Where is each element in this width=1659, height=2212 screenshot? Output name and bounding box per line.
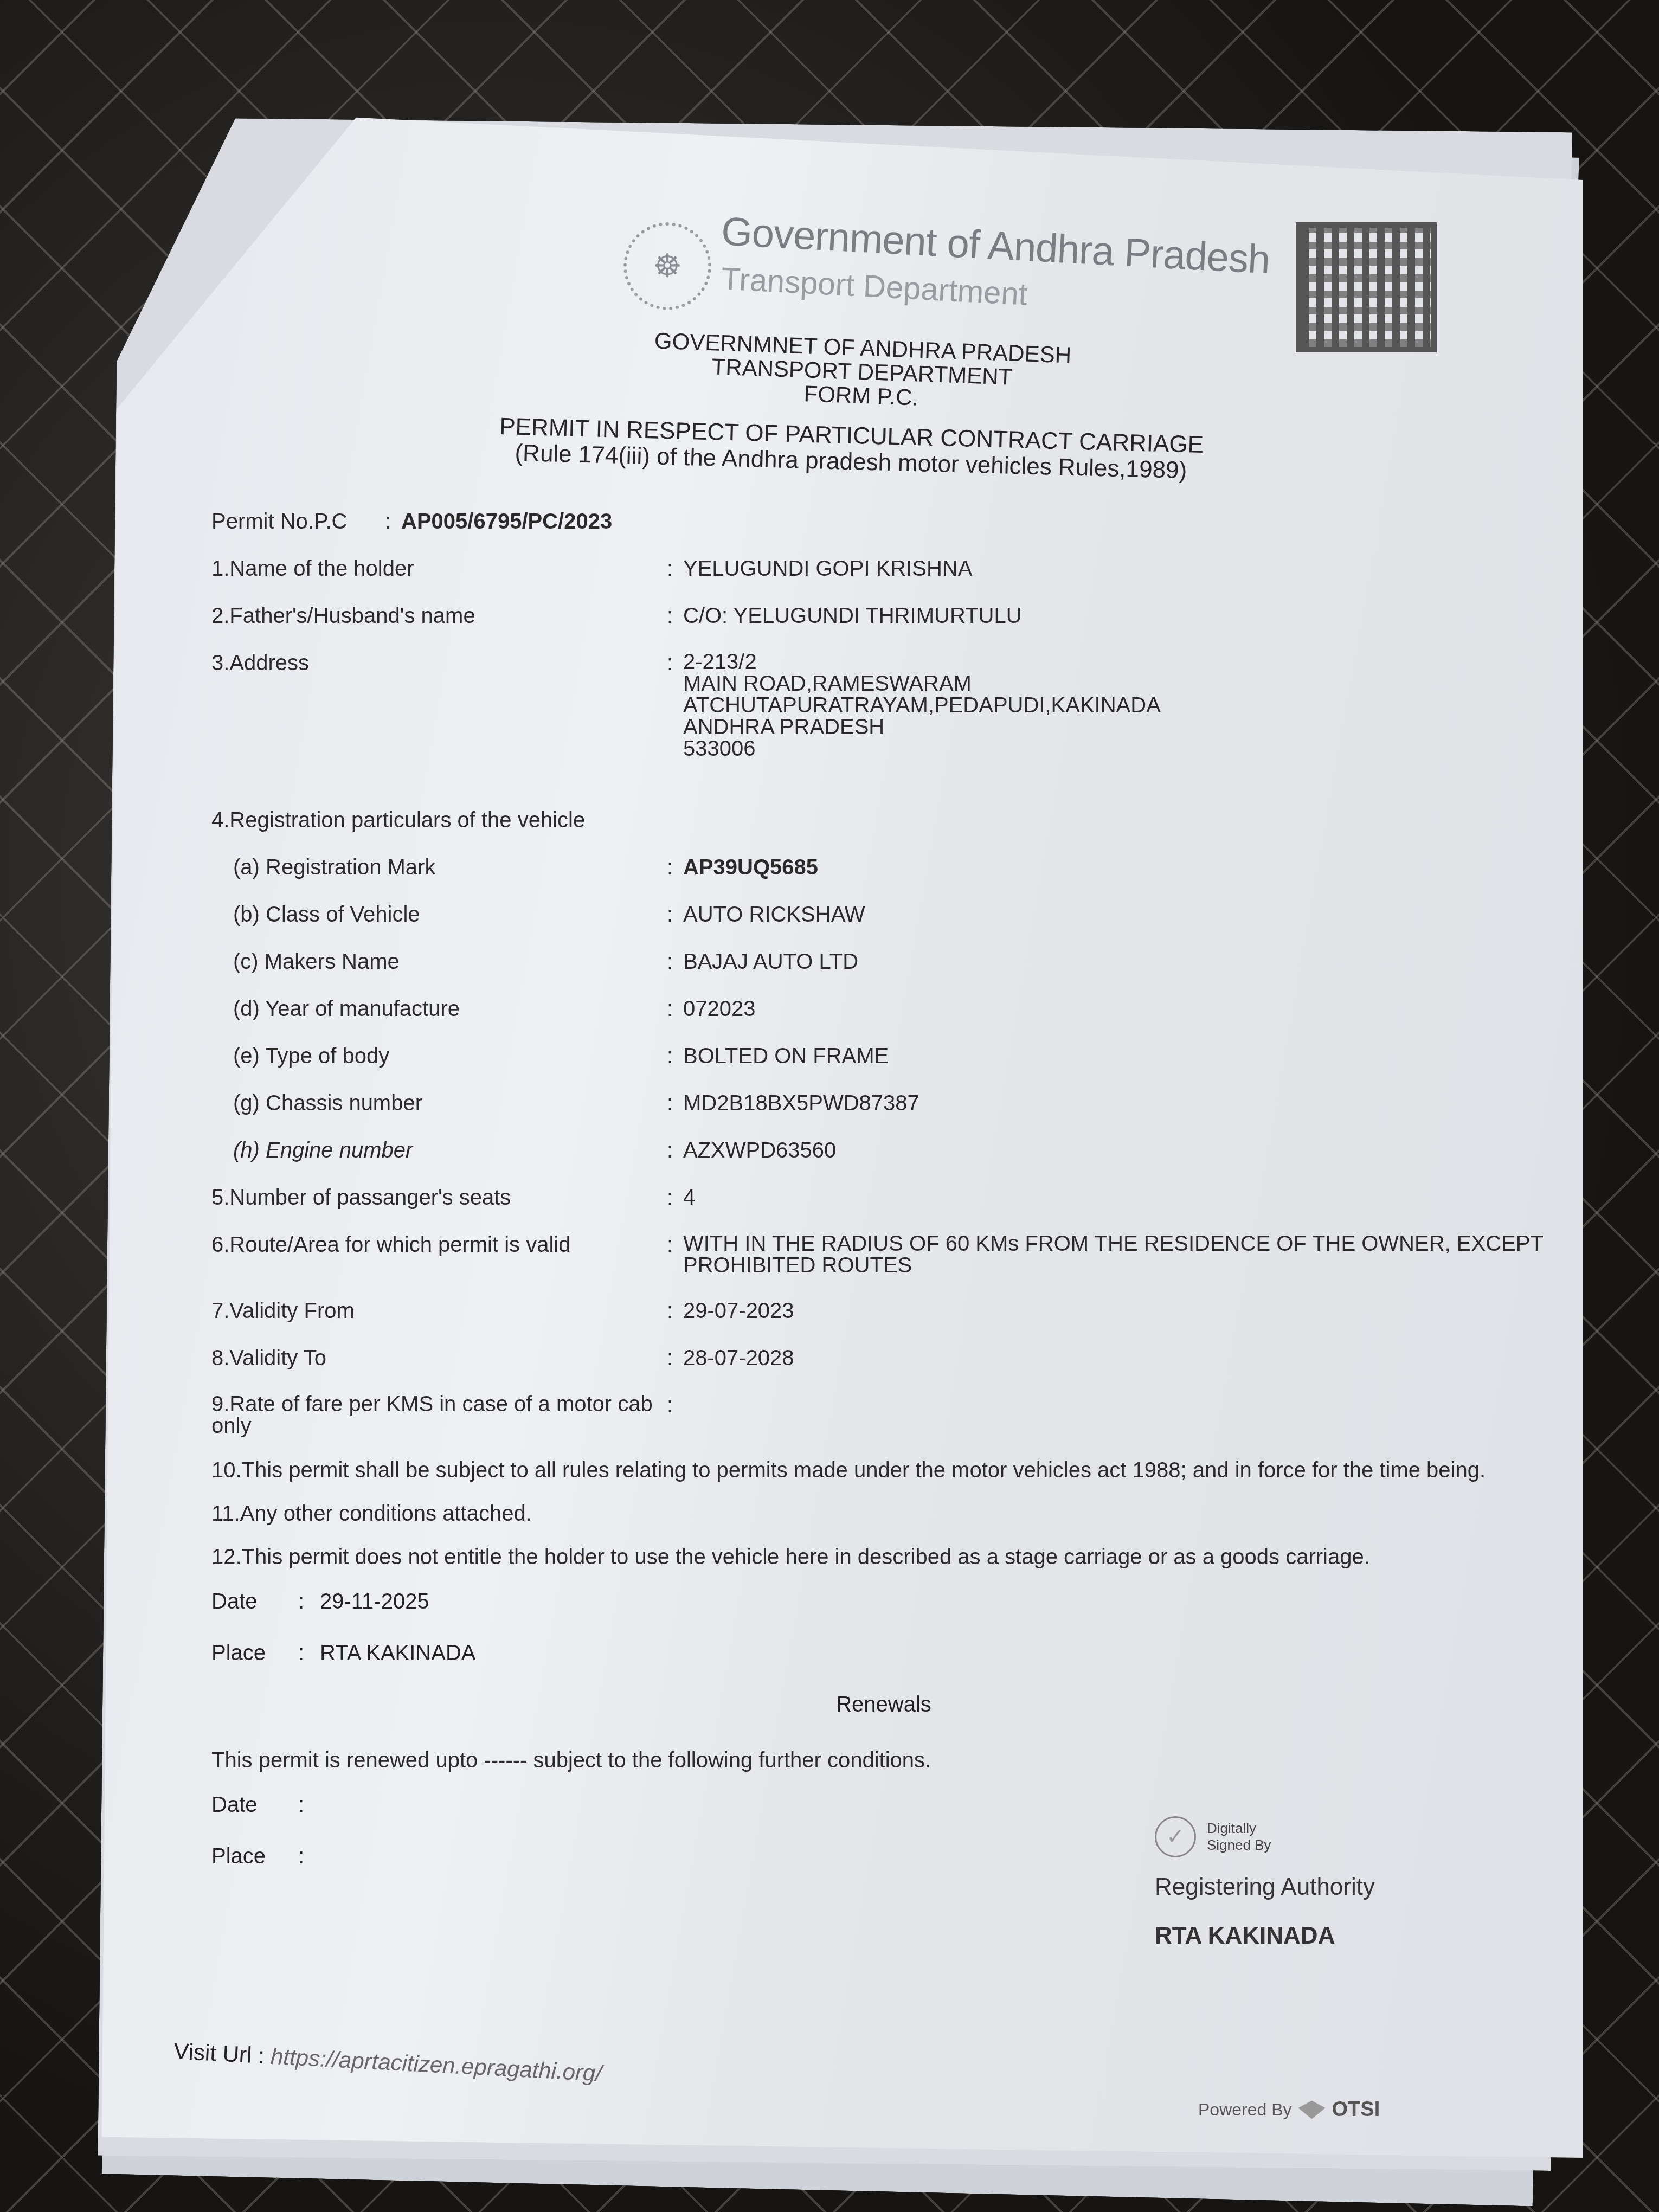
valid-to-value: 28-07-2028 [683, 1346, 1556, 1371]
issue-place-value: RTA KAKINADA [320, 1641, 476, 1666]
signature-check-icon: ✓ [1155, 1816, 1196, 1857]
fare-label: 9.Rate of fare per KMS in case of a moto… [211, 1393, 667, 1437]
colon: : [298, 1844, 320, 1869]
address-label: 3.Address [211, 651, 667, 760]
chassis-value: MD2B18BX5PWD87387 [683, 1091, 1556, 1116]
valid-from-value: 29-07-2023 [683, 1299, 1556, 1323]
engine-row: (h) Engine number : AZXWPD63560 [211, 1139, 1556, 1163]
colon: : [667, 856, 683, 880]
colon: : [667, 1044, 683, 1069]
engine-value: AZXWPD63560 [683, 1139, 1556, 1163]
clause-10: 10.This permit shall be subject to all r… [211, 1459, 1556, 1481]
year-value: 072023 [683, 997, 1556, 1021]
body-value: BOLTED ON FRAME [683, 1044, 1556, 1069]
address-value: 2-213/2 MAIN ROAD,RAMESWARAM ATCHUTAPURA… [683, 651, 1556, 760]
holder-value: YELUGUNDI GOPI KRISHNA [683, 557, 1556, 581]
vehicle-class-value: AUTO RICKSHAW [683, 903, 1556, 927]
colon: : [667, 1233, 683, 1276]
renewal-date-label: Date [211, 1793, 298, 1817]
route-row: 6.Route/Area for which permit is valid :… [211, 1233, 1556, 1276]
issue-place-row: Place : RTA KAKINADA [211, 1641, 1556, 1666]
signature-block: ✓ Digitally Signed By Registering Author… [1155, 1816, 1480, 1950]
colon: : [667, 604, 683, 628]
chassis-row: (g) Chassis number : MD2B18BX5PWD87387 [211, 1091, 1556, 1116]
powered-by: Powered By OTSI [1198, 2098, 1380, 2121]
engine-label: (h) Engine number [211, 1139, 667, 1163]
renewals-heading: Renewals [211, 1693, 1556, 1717]
fare-row: 9.Rate of fare per KMS in case of a moto… [211, 1393, 1556, 1437]
colon: : [667, 651, 683, 760]
colon: : [298, 1793, 320, 1817]
renewal-date-row: Date : [211, 1793, 1556, 1817]
gov-subtitle: Transport Department [721, 260, 1028, 312]
holder-label: 1.Name of the holder [211, 557, 667, 581]
digitally-line-1: Digitally [1207, 1820, 1271, 1837]
issue-date-row: Date : 29-11-2025 [211, 1590, 1556, 1614]
vehicle-class-row: (b) Class of Vehicle : AUTO RICKSHAW [211, 903, 1556, 927]
colon: : [298, 1641, 320, 1666]
powered-by-label: Powered By [1198, 2100, 1292, 2120]
colon: : [667, 903, 683, 927]
issue-date-label: Date [211, 1590, 298, 1614]
maker-value: BAJAJ AUTO LTD [683, 950, 1556, 974]
seats-value: 4 [683, 1186, 1556, 1210]
reg-mark-value: AP39UQ5685 [683, 856, 1556, 880]
clause-12: 12.This permit does not entitle the hold… [211, 1546, 1556, 1568]
body-label: (e) Type of body [211, 1044, 667, 1069]
valid-from-row: 7.Validity From : 29-07-2023 [211, 1299, 1556, 1323]
maker-label: (c) Makers Name [211, 950, 667, 974]
otsi-logo-icon [1298, 2101, 1326, 2119]
digitally-line-2: Signed By [1207, 1837, 1271, 1854]
fare-value [683, 1393, 1556, 1437]
permit-number-row: Permit No.P.C : AP005/6795/PC/2023 [211, 510, 1556, 534]
colon: : [667, 1299, 683, 1323]
colon: : [298, 1590, 320, 1614]
year-row: (d) Year of manufacture : 072023 [211, 997, 1556, 1021]
father-value: C/O: YELUGUNDI THRIMURTULU [683, 604, 1556, 628]
qr-code-icon [1296, 222, 1437, 352]
reg-mark-label: (a) Registration Mark [211, 856, 667, 880]
address-line: 2-213/2 [683, 651, 1556, 673]
address-line: MAIN ROAD,RAMESWARAM [683, 673, 1556, 695]
route-label: 6.Route/Area for which permit is valid [211, 1233, 667, 1276]
digital-signature: ✓ Digitally Signed By [1155, 1816, 1480, 1857]
address-line: 533006 [683, 738, 1556, 760]
holder-row: 1.Name of the holder : YELUGUNDI GOPI KR… [211, 557, 1556, 581]
permit-document: ☸ Government of Andhra Pradesh Transport… [87, 76, 1583, 2158]
colon: : [667, 1091, 683, 1116]
permit-title: PERMIT IN RESPECT OF PARTICULAR CONTRACT… [417, 411, 1285, 486]
route-value: WITH IN THE RADIUS OF 60 KMs FROM THE RE… [683, 1233, 1556, 1276]
valid-to-label: 8.Validity To [211, 1346, 667, 1371]
issue-place-label: Place [211, 1641, 298, 1666]
registering-authority: Registering Authority [1155, 1874, 1480, 1901]
registration-heading-text: 4.Registration particulars of the vehicl… [211, 808, 585, 833]
colon: : [667, 1139, 683, 1163]
valid-from-label: 7.Validity From [211, 1299, 667, 1323]
colon: : [667, 1186, 683, 1210]
address-row: 3.Address : 2-213/2 MAIN ROAD,RAMESWARAM… [211, 651, 1556, 760]
colon: : [667, 1346, 683, 1371]
address-line: ATCHUTAPURATRAYAM,PEDAPUDI,KAKINADA [683, 695, 1556, 716]
state-emblem-icon: ☸ [623, 222, 711, 310]
visit-url-label: Visit Url : [173, 2038, 265, 2068]
year-label: (d) Year of manufacture [211, 997, 667, 1021]
vendor-name: OTSI [1332, 2098, 1380, 2121]
seats-row: 5.Number of passanger's seats : 4 [211, 1186, 1556, 1210]
visit-url: Visit Url : https://aprtacitizen.epragat… [173, 2038, 602, 2086]
colon: : [667, 557, 683, 581]
seats-label: 5.Number of passanger's seats [211, 1186, 667, 1210]
body-row: (e) Type of body : BOLTED ON FRAME [211, 1044, 1556, 1069]
colon: : [667, 997, 683, 1021]
maker-row: (c) Makers Name : BAJAJ AUTO LTD [211, 950, 1556, 974]
colon: : [667, 1393, 683, 1437]
renewal-place-label: Place [211, 1844, 298, 1869]
form-heading: GOVERNMNET OF ANDHRA PRADESH TRANSPORT D… [481, 323, 1243, 421]
colon: : [667, 950, 683, 974]
permit-number-label: Permit No.P.C [211, 510, 385, 534]
father-label: 2.Father's/Husband's name [211, 604, 667, 628]
permit-number-value: AP005/6795/PC/2023 [401, 510, 1556, 534]
valid-to-row: 8.Validity To : 28-07-2028 [211, 1346, 1556, 1371]
authority-office: RTA KAKINADA [1155, 1922, 1480, 1950]
issue-date-value: 29-11-2025 [320, 1590, 429, 1614]
renewals-text: This permit is renewed upto ------ subje… [211, 1750, 1556, 1771]
registration-heading: 4.Registration particulars of the vehicl… [211, 808, 1556, 833]
digitally-signed-text: Digitally Signed By [1207, 1820, 1271, 1854]
visit-url-link[interactable]: https://aprtacitizen.epragathi.org/ [270, 2043, 602, 2086]
father-row: 2.Father's/Husband's name : C/O: YELUGUN… [211, 604, 1556, 628]
reg-mark-row: (a) Registration Mark : AP39UQ5685 [211, 856, 1556, 880]
document-header: ☸ Government of Andhra Pradesh Transport… [211, 206, 1556, 510]
clause-11: 11.Any other conditions attached. [211, 1503, 1556, 1525]
chassis-label: (g) Chassis number [211, 1091, 667, 1116]
address-line: ANDHRA PRADESH [683, 716, 1556, 738]
vehicle-class-label: (b) Class of Vehicle [211, 903, 667, 927]
colon: : [385, 510, 401, 534]
